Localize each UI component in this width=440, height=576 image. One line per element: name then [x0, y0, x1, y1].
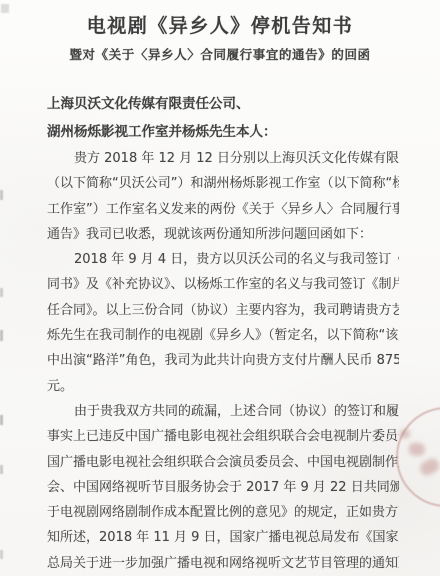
document-line: 知所述，2018 年 11 月 9 日，国家广播电视总局发布《国家广播电视	[47, 525, 399, 550]
addressee-block: 上海贝沃文化传媒有限责任公司、 湖州杨烁影视工作室并杨烁先生本人：	[47, 90, 399, 146]
scan-artifact	[0, 550, 3, 559]
document-line: 工作室”）工作室名义发来的两份《关于〈异乡人〉合同履行事宜的	[47, 197, 399, 222]
document-line: 总局关于进一步加强广播电视和网络视听文艺节目管理的通知》	[47, 551, 399, 576]
document-line: 通告》我司已收悉，现就该两份通知所涉问题回函如下：	[47, 222, 399, 247]
document-title: 电视剧《异乡人》停机告知书	[0, 11, 440, 38]
addressee-line: 湖州杨烁影视工作室并杨烁先生本人：	[47, 118, 399, 146]
scan-artifact	[1, 4, 9, 13]
scan-artifact	[0, 415, 3, 425]
document-page: 电视剧《异乡人》停机告知书 暨对《关于〈异乡人〉合同履行事宜的通告》的回函 上海…	[0, 0, 440, 576]
stamp-glyph-smudge	[418, 456, 440, 477]
addressee-line: 上海贝沃文化传媒有限责任公司、	[47, 90, 399, 118]
document-line: 于电视剧网络剧制作成本配置比例的意见》的规定，正如贵方两份通	[47, 500, 399, 525]
document-subtitle: 暨对《关于〈异乡人〉合同履行事宜的通告》的回函	[0, 45, 440, 63]
document-line: 元。	[47, 374, 399, 399]
document-line: 贵方 2018 年 12 月 12 日分别以上海贝沃文化传媒有限责任公司	[47, 146, 399, 171]
scan-artifact	[0, 465, 3, 474]
document-line: 会、中国网络视听节目服务协会于 2017 年 9 月 22 日共同颁布的《关	[47, 475, 399, 500]
document-line: 同书》及《补充协议》、以杨烁工作室的名义与我司签订《制片人委	[47, 272, 399, 297]
document-body: 贵方 2018 年 12 月 12 日分别以上海贝沃文化传媒有限责任公司 （以下…	[47, 146, 399, 576]
stamp-glyph-smudge	[399, 428, 411, 439]
document-line: 由于贵我双方共同的疏漏，上述合同（协议）的签订和履行行为	[47, 399, 399, 424]
scan-artifact	[0, 330, 3, 341]
scan-artifact	[0, 288, 3, 297]
document-line: 国广播电影电视社会组织联合会演员委员会、中国电视剧制作产业协	[47, 450, 399, 475]
scan-artifact	[0, 190, 3, 200]
document-line: 中出演“路洋”角色，我司为此共计向贵方支付片酬人民币 8750 万	[47, 348, 399, 373]
document-line: 2018 年 9 月 4 日，贵方以贝沃公司的名义与我司签订《服务合	[47, 247, 399, 272]
document-line: 事实上已违反中国广播电影电视社会组织联合会电视制片委员会、中	[47, 424, 399, 449]
document-line: 任合同》。以上三份合同（协议）主要内容为，我司聘请贵方艺人杨	[47, 298, 399, 323]
stamp-glyph-smudge	[408, 442, 425, 456]
document-line: （以下简称“贝沃公司”）和湖州杨烁影视工作室（以下简称“杨烁	[47, 171, 399, 196]
document-line: 烁先生在我司制作的电视剧《异乡人》（暂定名，以下简称“该剧”）	[47, 323, 399, 348]
